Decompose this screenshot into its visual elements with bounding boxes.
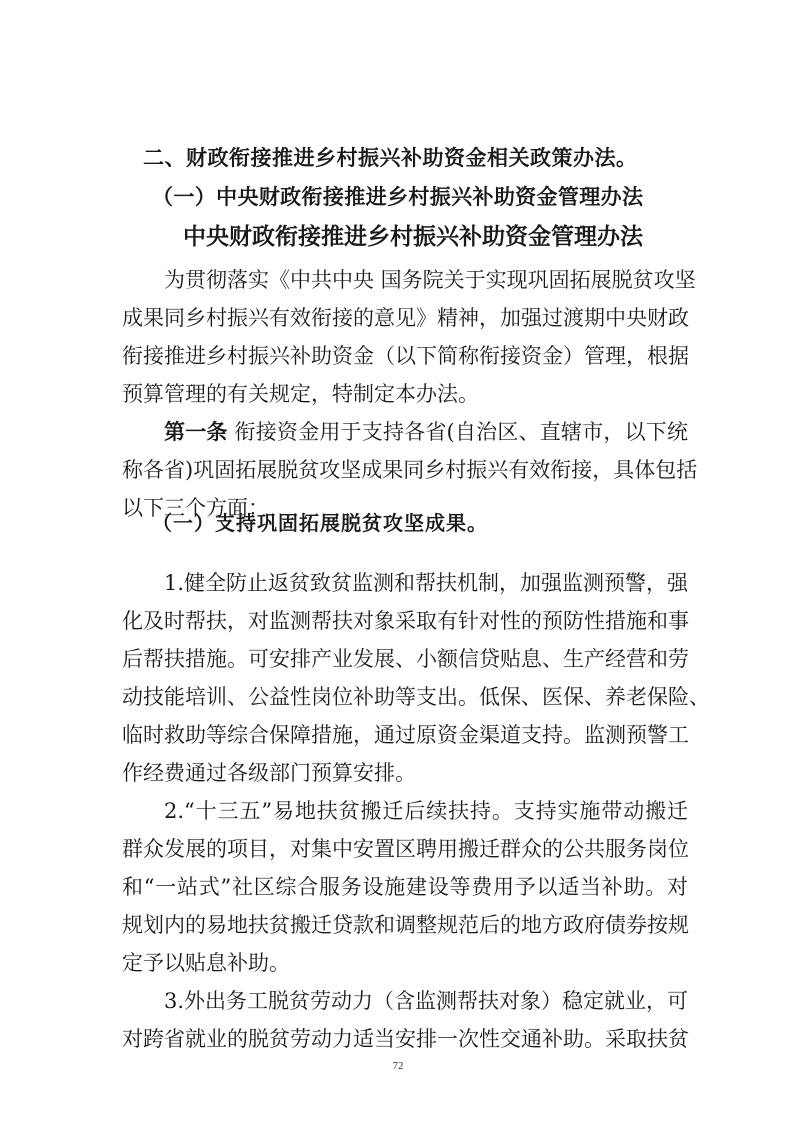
item-heading-1: （一）支持巩固拓展脱贫攻坚成果。 — [152, 508, 488, 538]
subsection-heading: （一）中央财政衔接推进乡村振兴补助资金管理办法 — [152, 182, 643, 212]
article-1-line-2: 称各省)巩固拓展脱贫攻坚成果同乡村振兴有效衔接，具体包括 — [122, 451, 688, 489]
article-1-line-1: 第一条 衔接资金用于支持各省(自治区、直辖市，以下统 — [122, 413, 688, 451]
article-1-line-1-text: 衔接资金用于支持各省(自治区、直辖市，以下统 — [228, 420, 688, 444]
point-3-line-1: 3.外出务工脱贫劳动力（含监测帮扶对象）稳定就业，可 — [122, 982, 688, 1020]
point-1-line-6: 作经费通过各级部门预算安排。 — [122, 754, 688, 792]
preamble-line-3: 衔接推进乡村振兴补助资金（以下简称衔接资金）管理，根据 — [122, 337, 688, 375]
document-title: 中央财政衔接推进乡村振兴补助资金管理办法 — [183, 222, 610, 252]
section-heading: 二、财政衔接推进乡村振兴补助资金相关政策办法。 — [143, 143, 638, 173]
point-1-line-5: 临时救助等综合保障措施，通过原资金渠道支持。监测预警工 — [122, 716, 688, 754]
document-page: 二、财政衔接推进乡村振兴补助资金相关政策办法。 （一）中央财政衔接推进乡村振兴补… — [0, 0, 793, 1122]
point-1-line-2: 化及时帮扶，对监测帮扶对象采取有针对性的预防性措施和事 — [122, 602, 688, 640]
point-1-line-3: 后帮扶措施。可安排产业发展、小额信贷贴息、生产经营和劳 — [122, 640, 688, 678]
article-1-lead: 第一条 — [164, 420, 228, 444]
point-1-line-1: 1.健全防止返贫致贫监测和帮扶机制，加强监测预警，强 — [122, 564, 688, 602]
point-3-line-2: 对跨省就业的脱贫劳动力适当安排一次性交通补助。采取扶贫 — [122, 1020, 688, 1058]
point-2-line-1: 2.“十三五”易地扶贫搬迁后续扶持。支持实施带动搬迁 — [122, 792, 688, 830]
point-2-line-5: 定予以贴息补助。 — [122, 944, 688, 982]
page-number: 72 — [383, 1060, 413, 1072]
point-2-line-4: 规划内的易地扶贫搬迁贷款和调整规范后的地方政府债券按规 — [122, 906, 688, 944]
preamble-line-4: 预算管理的有关规定，特制定本办法。 — [122, 375, 688, 413]
point-2-line-2: 群众发展的项目，对集中安置区聘用搬迁群众的公共服务岗位 — [122, 830, 688, 868]
preamble-line-1: 为贯彻落实《中共中央 国务院关于实现巩固拓展脱贫攻坚 — [122, 261, 688, 299]
preamble-line-2: 成果同乡村振兴有效衔接的意见》精神，加强过渡期中央财政 — [122, 299, 688, 337]
point-1-line-4: 动技能培训、公益性岗位补助等支出。低保、医保、养老保险、 — [122, 678, 688, 716]
point-2-line-3: 和“一站式”社区综合服务设施建设等费用予以适当补助。对 — [122, 868, 688, 906]
